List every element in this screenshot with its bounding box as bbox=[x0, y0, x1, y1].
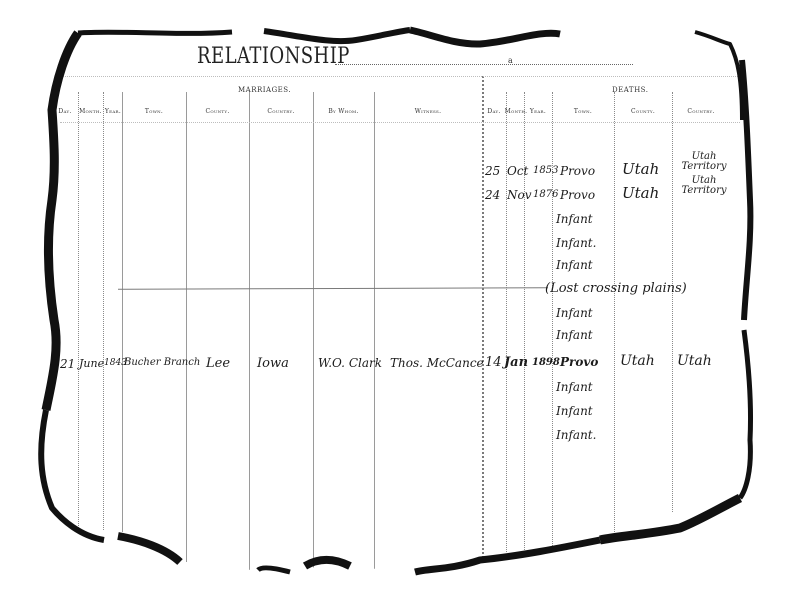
header-marriage-by-whom: By Whom. bbox=[313, 108, 374, 115]
death-town-infant: Infant bbox=[556, 404, 593, 418]
marriage-month: June bbox=[79, 357, 104, 370]
header-marriage-year: Year. bbox=[103, 108, 123, 115]
death-town: Provo bbox=[560, 164, 595, 178]
death-county: Utah bbox=[622, 184, 659, 202]
column-rule bbox=[506, 92, 507, 552]
header-death-county: County. bbox=[614, 108, 672, 115]
header-marriage-county: County. bbox=[186, 108, 249, 115]
death-year: 1853 bbox=[533, 165, 558, 176]
death-note: (Lost crossing plains) bbox=[545, 281, 687, 296]
death-town-infant: Infant bbox=[556, 212, 593, 226]
death-town-infant: Infant bbox=[556, 328, 593, 342]
marriage-town: Bucher Branch bbox=[124, 357, 200, 368]
death-day: 24 bbox=[485, 188, 500, 202]
column-rule bbox=[482, 76, 484, 566]
column-rule bbox=[103, 92, 104, 532]
death-town: Provo bbox=[560, 355, 598, 369]
header-marriage-month: Month. bbox=[77, 108, 104, 115]
header-rule bbox=[60, 122, 740, 123]
column-rule bbox=[186, 92, 187, 562]
column-rule bbox=[122, 92, 123, 532]
marriage-country: Iowa bbox=[257, 356, 289, 371]
death-town-infant: Infant bbox=[556, 306, 593, 320]
title-mark: a bbox=[508, 56, 513, 65]
death-day: 14 bbox=[485, 355, 502, 370]
header-death-day: Day. bbox=[482, 108, 506, 115]
section-marriages: MARRIAGES. bbox=[238, 86, 291, 94]
header-death-town: Town. bbox=[552, 108, 614, 115]
ledger-page: RELATIONSHIP a MARRIAGES. DEATHS. Day. M… bbox=[0, 0, 800, 600]
page-title: RELATIONSHIP bbox=[197, 44, 350, 69]
section-deaths: DEATHS. bbox=[612, 86, 648, 94]
header-marriage-town: Town. bbox=[122, 108, 186, 115]
column-rule bbox=[672, 92, 673, 512]
death-month: Oct bbox=[507, 164, 528, 178]
column-rule bbox=[524, 92, 525, 552]
death-town-infant: Infant bbox=[556, 258, 593, 272]
death-year: 1876 bbox=[533, 189, 558, 200]
burned-page-edge bbox=[0, 0, 800, 600]
death-year: 1898 bbox=[532, 357, 560, 368]
column-rule bbox=[552, 92, 553, 552]
death-county: Utah bbox=[620, 353, 655, 369]
column-rule bbox=[78, 92, 79, 532]
header-death-country: Country. bbox=[672, 108, 730, 115]
marriage-witness: Thos. McCance bbox=[390, 356, 484, 370]
header-marriage-day: Day. bbox=[52, 108, 78, 115]
death-town-infant: Infant bbox=[556, 380, 593, 394]
header-marriage-country: Country. bbox=[249, 108, 313, 115]
column-rule bbox=[614, 92, 615, 532]
death-town-infant: Infant. bbox=[556, 236, 596, 250]
death-town: Provo bbox=[560, 188, 595, 202]
title-fill-line bbox=[335, 64, 633, 65]
death-month: Jan bbox=[504, 355, 528, 370]
death-day: 25 bbox=[485, 164, 500, 178]
header-death-year: Year. bbox=[527, 108, 549, 115]
death-country: Utah Territory bbox=[676, 152, 732, 172]
column-rule bbox=[313, 92, 314, 572]
header-death-month: Month. bbox=[504, 108, 528, 115]
death-month: Nov bbox=[507, 188, 532, 202]
marriage-day: 21 bbox=[60, 357, 75, 371]
death-town-infant: Infant. bbox=[556, 428, 596, 442]
marriage-county: Lee bbox=[206, 356, 230, 371]
death-country: Utah Territory bbox=[676, 176, 732, 196]
header-marriage-witness: Witness. bbox=[374, 108, 482, 115]
header-rule bbox=[60, 76, 740, 77]
column-rule bbox=[374, 92, 375, 572]
death-county: Utah bbox=[622, 160, 659, 178]
column-rule bbox=[249, 92, 250, 572]
marriage-by-whom: W.O. Clark bbox=[318, 356, 382, 370]
death-country: Utah bbox=[677, 353, 712, 369]
